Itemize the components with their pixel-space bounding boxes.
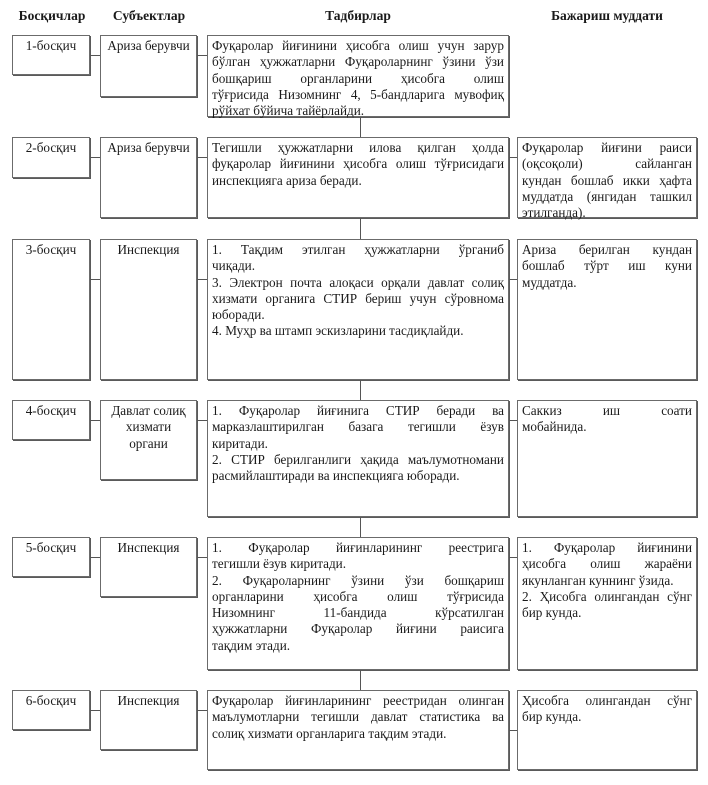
subject-box-line: Инспекция [105,693,192,709]
action-box-line: тўғрисида Низомнинг 4, 5-бандларига муво… [212,87,504,103]
action-box-line: 2. СТИР берилганлиги ҳақида маълумотнома… [212,452,504,468]
action-box: 1. Тақдим этилган ҳужжатларни ўрганибчиқ… [207,239,509,380]
deadline-box-line: кундан бошлаб икки ҳафта [522,173,692,189]
stage-box: 1-босқич [12,35,90,75]
subject-box-line: Ариза берувчи [105,38,192,54]
deadline-box: 1. Фуқаролар йиғининиҳисобга олиш жараён… [517,537,697,670]
subject-box-line: Давлат солиқ [105,403,192,419]
stage-box: 5-босқич [12,537,90,577]
deadline-box-line: муддатда. [522,275,692,291]
action-box-line: тегишли ёзув киритади. [212,556,504,572]
action-box: 1. Фуқаролар йиғинига СТИР беради вамарк… [207,400,509,517]
connector-vertical [360,517,361,537]
header-stages: Босқичлар [8,8,96,24]
deadline-box-line: Ҳисобга олингандан сўнг [522,693,692,709]
stage-box-line: 5-босқич [17,540,85,556]
deadline-box: Саккиз иш соатимобайнида. [517,400,697,517]
connector-stage-subject [90,420,100,421]
action-box-line: чиқади. [212,258,504,274]
connector-action-deadline [509,420,517,421]
action-box-line: марказлаштирилган базага тегишли ёзув [212,419,504,435]
deadline-box-line: муддатда (янгидан ташкил [522,189,692,205]
action-box-line: рўйхат бўйича тайёрлайди. [212,103,504,119]
action-box-line: Фуқаролар йиғинини ҳисобга олиш учун зар… [212,38,504,54]
connector-action-deadline [509,557,517,558]
action-box-line: 3. Электрон почта алоқаси орқали давлат … [212,275,504,291]
action-box-line: бўлган ҳужжатларни Фуқароларнинг ўзини ў… [212,54,504,70]
action-box-line: юборади. [212,307,504,323]
action-box-line: Фуқаролар йиғинларининг реестридан олинг… [212,693,504,709]
action-box-line: хизмати органига СТИР бериш учун сўровно… [212,291,504,307]
connector-action-deadline [509,157,517,158]
connector-subject-action [197,557,207,558]
action-box-line: тақдим этади. [212,638,504,654]
deadline-box: Ҳисобга олингандан сўнгбир кунда. [517,690,697,770]
connector-stage-subject [90,710,100,711]
subject-box: Инспекция [100,239,197,380]
stage-box: 3-босқич [12,239,90,380]
stage-box-line: 4-босқич [17,403,85,419]
connector-stage-subject [90,279,100,280]
action-box-line: фуқаролар йиғинини ҳисобга олиш тўғрисид… [212,156,504,172]
deadline-box-line: бошлаб тўрт иш куни [522,258,692,274]
connector-stage-subject [90,55,100,56]
action-box-line: расмийлаштиради ва инспекцияга юборади. [212,468,504,484]
deadline-box-line: мобайнида. [522,419,692,435]
connector-subject-action [197,55,207,56]
header-actions: Тадбирлар [207,8,509,24]
subject-box-line: Ариза берувчи [105,140,192,156]
action-box-line: маълумотларни тегишли давлат статистика … [212,709,504,725]
action-box: 1. Фуқаролар йиғинларининг реестригатеги… [207,537,509,670]
stage-box-line: 2-босқич [17,140,85,156]
connector-stage-subject [90,157,100,158]
subject-box-line: Инспекция [105,242,192,258]
subject-box: Инспекция [100,690,197,750]
connector-stage-subject [90,557,100,558]
subject-box: Инспекция [100,537,197,597]
connector-vertical [360,380,361,400]
subject-box-line: Инспекция [105,540,192,556]
deadline-box-line: ҳисобга олиш жараёни [522,556,692,572]
deadline-box-line: 1. Фуқаролар йиғинини [522,540,692,556]
connector-action-deadline [509,730,517,731]
stage-box: 6-босқич [12,690,90,730]
stage-box: 2-босқич [12,137,90,178]
deadline-box-line: бир кунда. [522,709,692,725]
deadline-box-line: этилганда). [522,205,692,221]
action-box-line: солиқ хизмати органларига тақдим этади. [212,726,504,742]
action-box-line: 1. Фуқаролар йиғинларининг реестрига [212,540,504,556]
deadline-box-line: якунланган куннинг ўзида. [522,573,692,589]
subject-box: Давлат солиқхизматиоргани [100,400,197,480]
action-box-line: ҳужжатларни Фуқаролар йиғини раисига [212,621,504,637]
stage-box-line: 6-босқич [17,693,85,709]
connector-subject-action [197,279,207,280]
deadline-box: Фуқаролар йиғини раиси(оқсоқоли) сайланг… [517,137,697,218]
action-box-line: органларини ҳисобга олиш тўғрисида [212,589,504,605]
deadline-box-line: (оқсоқоли) сайланган [522,156,692,172]
connector-vertical [360,670,361,690]
stage-box: 4-босқич [12,400,90,440]
subject-box-line: хизмати [105,419,192,435]
stage-box-line: 3-босқич [17,242,85,258]
action-box-line: 1. Тақдим этилган ҳужжатларни ўрганиб [212,242,504,258]
subject-box-line: органи [105,436,192,452]
deadline-box-line: Фуқаролар йиғини раиси [522,140,692,156]
subject-box: Ариза берувчи [100,35,197,97]
action-box-line: киритади. [212,436,504,452]
action-box-line: 1. Фуқаролар йиғинига СТИР беради ва [212,403,504,419]
deadline-box-line: 2. Ҳисобга олингандан сўнг [522,589,692,605]
action-box-line: 4. Муҳр ва штамп эскизларини тасдиқлайди… [212,323,504,339]
deadline-box: Ариза берилган кунданбошлаб тўрт иш куни… [517,239,697,380]
stage-box-line: 1-босқич [17,38,85,54]
action-box-line: Низомнинг 11-бандида кўрсатилган [212,605,504,621]
connector-action-deadline [509,279,517,280]
connector-subject-action [197,157,207,158]
connector-subject-action [197,710,207,711]
action-box: Тегишли ҳужжатларни илова қилган ҳолдафу… [207,137,509,218]
deadline-box-line: Саккиз иш соати [522,403,692,419]
header-deadline: Бажариш муддати [517,8,697,24]
connector-subject-action [197,420,207,421]
action-box: Фуқаролар йиғинини ҳисобга олиш учун зар… [207,35,509,117]
action-box: Фуқаролар йиғинларининг реестридан олинг… [207,690,509,770]
connector-vertical [360,117,361,137]
deadline-box-line: Ариза берилган кундан [522,242,692,258]
action-box-line: бошқариш органларини ҳисобга олиш [212,71,504,87]
action-box-line: Тегишли ҳужжатларни илова қилган ҳолда [212,140,504,156]
header-subjects: Субъектлар [100,8,198,24]
deadline-box-line: бир кунда. [522,605,692,621]
action-box-line: инспекцияга ариза беради. [212,173,504,189]
subject-box: Ариза берувчи [100,137,197,218]
action-box-line: 2. Фуқароларнинг ўзини ўзи бошқариш [212,573,504,589]
connector-vertical [360,218,361,239]
